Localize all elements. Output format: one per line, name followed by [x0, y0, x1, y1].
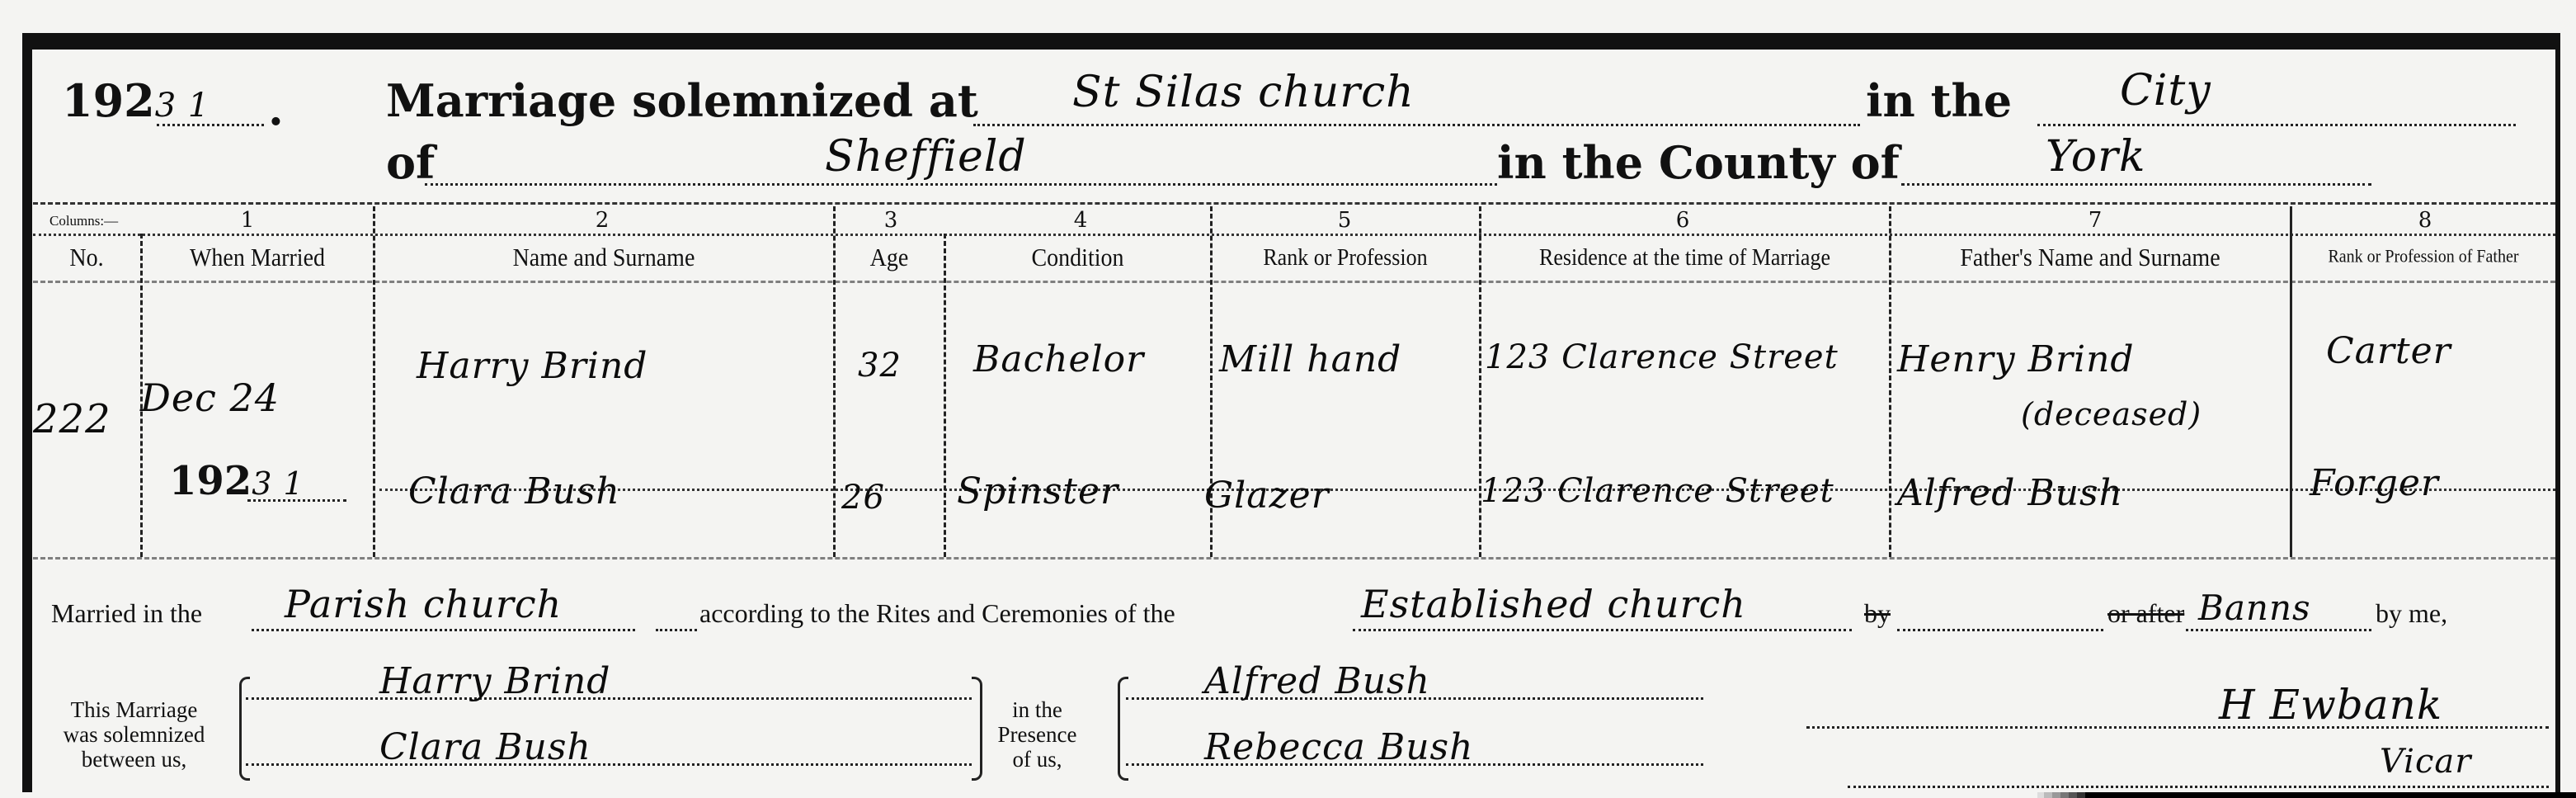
county-handwritten: York — [2046, 132, 2145, 182]
entry-year-handwritten: 3 1 — [252, 465, 304, 502]
rites-dotted-line — [1353, 629, 1852, 631]
groom-father-profession: Carter — [2326, 330, 2451, 372]
married-in-dotted-line — [252, 629, 635, 631]
place-handwritten: St Silas church — [1072, 68, 1415, 117]
frame-bottom-dotted — [1848, 786, 2549, 788]
bride-name: Clara Bush — [408, 470, 620, 512]
column-number-6: 6 — [1666, 208, 1699, 233]
column-number-8: 8 — [2409, 208, 2442, 233]
groom-condition: Bachelor — [973, 338, 1144, 380]
in-the-label: in the — [1866, 74, 2012, 127]
col-divider-4 — [944, 234, 946, 557]
heading-marriage-solemnized: Marriage solemnized at — [386, 74, 978, 127]
signature-bride: Clara Bush — [379, 726, 591, 768]
couple-line-2 — [246, 763, 972, 766]
row-divider — [379, 489, 2555, 491]
officiant-title: Vicar — [2380, 743, 2471, 781]
column-number-rule — [33, 234, 2555, 236]
presence-label: in the Presence of us, — [994, 697, 1081, 772]
or-after-label: or after — [2107, 598, 2184, 629]
rites-label: according to the Rites and Ceremonies of… — [699, 598, 1175, 629]
header-when-married: When Married — [142, 243, 373, 272]
calibration-strip-1 — [2037, 792, 2044, 798]
district-handwritten: City — [2120, 66, 2211, 116]
groom-residence: 123 Clarence Street — [1485, 338, 1839, 376]
signature-witness-1: Alfred Bush — [1204, 660, 1430, 702]
presence-label-line-3: of us, — [994, 747, 1081, 772]
calibration-strip-4 — [2060, 792, 2069, 798]
entry-year: 1923 1 — [169, 458, 304, 504]
frame-left-border — [22, 33, 32, 792]
by-me-label: by me, — [2376, 598, 2447, 629]
register-year: 1923 1 — [62, 74, 210, 127]
between-label-line-2: was solemnized — [49, 722, 219, 747]
header-residence: Residence at the time of Marriage — [1481, 244, 1889, 272]
county-label: in the County of — [1497, 136, 1900, 189]
or-after-text: or after — [2107, 598, 2184, 628]
signature-officiant: H Ewbank — [2219, 681, 2442, 729]
presence-label-line-2: Presence — [994, 722, 1081, 747]
table-bottom-rule — [33, 557, 2555, 560]
column-number-4: 4 — [1064, 208, 1097, 233]
year-dotted-line — [157, 124, 264, 126]
calibration-strip-5 — [2069, 792, 2077, 798]
column-number-3: 3 — [874, 208, 907, 233]
entry-number: 222 — [33, 396, 111, 442]
column-number-1: 1 — [231, 208, 264, 233]
town-dotted-line — [425, 183, 1497, 186]
groom-age: 32 — [858, 347, 902, 385]
header-age: Age — [835, 243, 944, 272]
town-handwritten: Sheffield — [825, 132, 1027, 182]
frame-top-border — [22, 33, 2556, 50]
solemnized-between-label: This Marriage was solemnized between us, — [49, 697, 219, 772]
column-number-2: 2 — [586, 208, 619, 233]
couple-right-brace — [972, 677, 982, 781]
between-label-line-3: between us, — [49, 747, 219, 772]
header-no: No. — [33, 243, 140, 272]
groom-name: Harry Brind — [417, 345, 648, 387]
signature-groom: Harry Brind — [379, 660, 610, 702]
year-period: . — [268, 83, 284, 135]
by-label-struck: by — [1864, 598, 1891, 629]
entry-date: Dec 24 — [140, 375, 280, 420]
rites-value: Established church — [1361, 582, 1746, 626]
bride-father-profession: Forger — [2310, 462, 2439, 504]
groom-father-deceased-note: (deceased) — [2021, 396, 2202, 432]
column-number-5: 5 — [1328, 208, 1361, 233]
married-in-label: Married in the — [51, 598, 202, 629]
entry-year-dotted-line — [247, 499, 346, 502]
banns-dotted-line — [2186, 629, 2371, 631]
header-name-and-surname: Name and Surname — [374, 243, 833, 272]
married-in-value: Parish church — [285, 582, 562, 626]
between-label-line-1: This Marriage — [49, 697, 219, 722]
table-top-rule — [33, 202, 2555, 205]
place-dotted-line — [973, 124, 1860, 126]
presence-label-line-1: in the — [994, 697, 1081, 722]
calibration-strip-black — [2085, 792, 2576, 798]
columns-label: Columns:— — [49, 213, 118, 229]
of-label: of — [386, 136, 435, 189]
bride-age: 26 — [841, 479, 885, 517]
calibration-strip-6 — [2077, 792, 2085, 798]
header-fathers-profession: Rank or Profession of Father — [2291, 247, 2555, 267]
district-dotted-line — [2037, 124, 2516, 126]
bride-condition: Spinster — [957, 470, 1118, 512]
bride-profession: Glazer — [1204, 475, 1330, 517]
calibration-strip-3 — [2052, 792, 2060, 798]
bride-residence: 123 Clarence Street — [1481, 472, 1834, 510]
year-handwritten: 3 1 — [155, 87, 210, 125]
groom-father-name: Henry Brind — [1897, 338, 2135, 380]
header-condition: Condition — [945, 243, 1210, 272]
signature-witness-2: Rebecca Bush — [1204, 726, 1473, 768]
county-dotted-line — [1901, 183, 2371, 186]
header-bottom-rule — [33, 281, 2555, 283]
groom-profession: Mill hand — [1219, 338, 1401, 380]
bride-father-name: Alfred Bush — [1897, 472, 2123, 514]
header-rank-or-profession: Rank or Profession — [1212, 244, 1479, 272]
entry-year-printed-prefix: 192 — [169, 458, 252, 504]
rites-lead-dots — [656, 629, 697, 631]
header-fathers-name: Father's Name and Surname — [1891, 243, 2290, 272]
year-printed-prefix: 192 — [62, 74, 155, 127]
column-number-7: 7 — [2079, 208, 2112, 233]
calibration-strip-2 — [2044, 792, 2052, 798]
frame-right-border — [2555, 33, 2560, 796]
by-dotted-line — [1897, 629, 2103, 631]
banns-value: Banns — [2198, 588, 2311, 628]
